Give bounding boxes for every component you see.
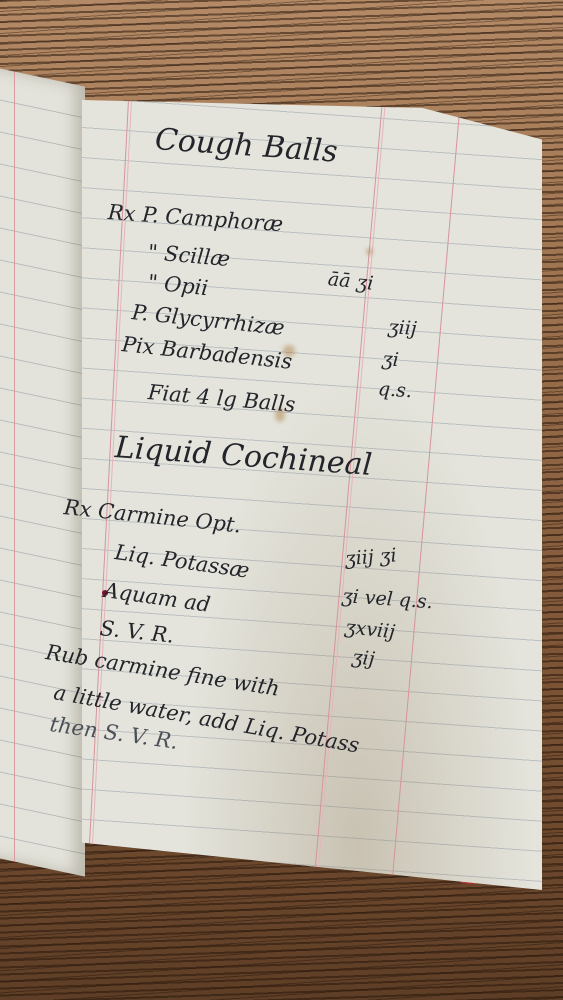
recipe-quantity: ʒij (351, 646, 376, 670)
recipe-quantity: āā ʒi (327, 268, 375, 295)
recipe-quantity: ʒiij (387, 316, 417, 340)
stain (366, 248, 373, 255)
left-notebook-page (0, 60, 85, 877)
recipe-quantity: ʒiij ʒi (344, 544, 397, 570)
margin-rule (14, 71, 15, 861)
column-rule (313, 100, 386, 887)
recipe-quantity: q.s. (377, 378, 412, 402)
recipe-quantity: ʒi (381, 348, 399, 371)
column-rule (391, 100, 461, 887)
